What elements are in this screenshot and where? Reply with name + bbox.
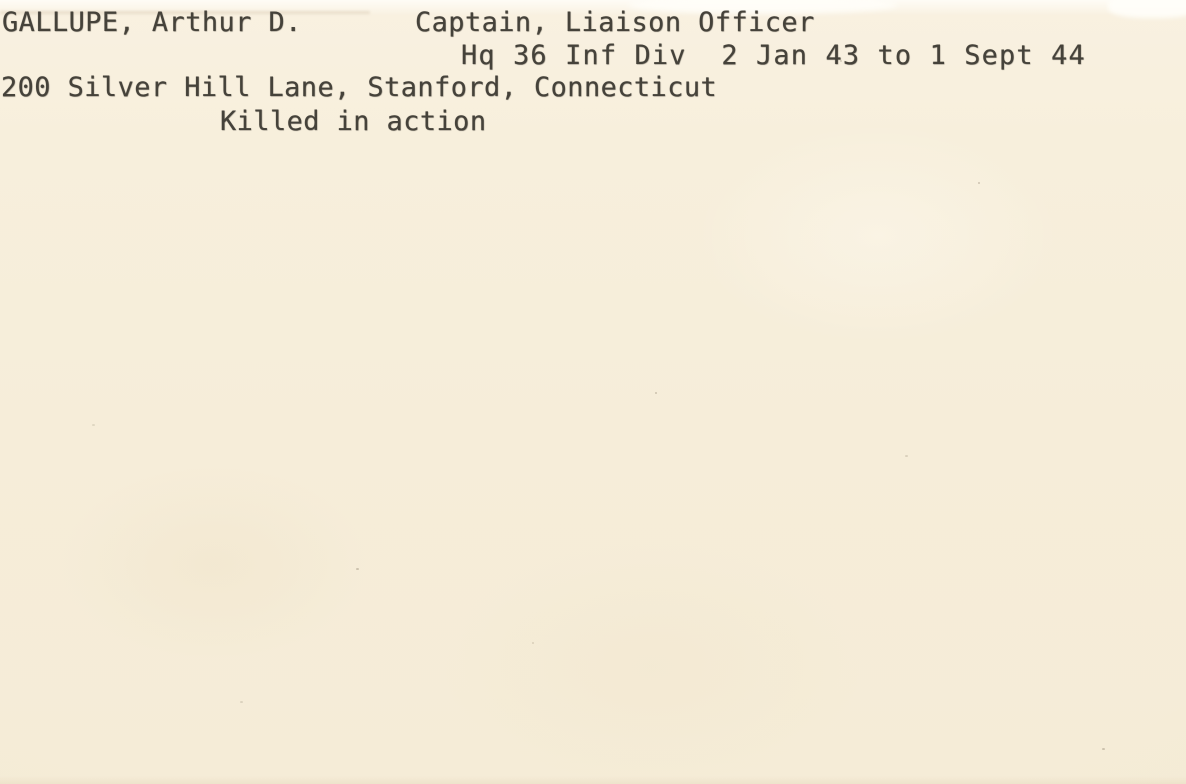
index-card: GALLUPE, Arthur D. Captain, Liaison Offi… [0,0,1186,784]
paper-bottom-edge [0,776,1186,784]
paper-corner-highlight [1108,0,1186,18]
casualty-status: Killed in action [220,107,487,137]
paper-speck [532,642,534,644]
paper-speck [92,424,95,426]
paper-speck [1102,748,1105,750]
unit-service-dates: Hq 36 Inf Div 2 Jan 43 to 1 Sept 44 [461,41,1086,71]
rank-title: Captain, Liaison Officer [415,8,815,38]
paper-speck [655,392,657,394]
person-name: GALLUPE, Arthur D. [2,8,302,38]
home-address: 200 Silver Hill Lane, Stanford, Connecti… [1,73,717,103]
paper-speck [240,701,243,703]
paper-speck [905,455,908,457]
paper-speck [356,568,359,570]
paper-speck [978,182,980,184]
